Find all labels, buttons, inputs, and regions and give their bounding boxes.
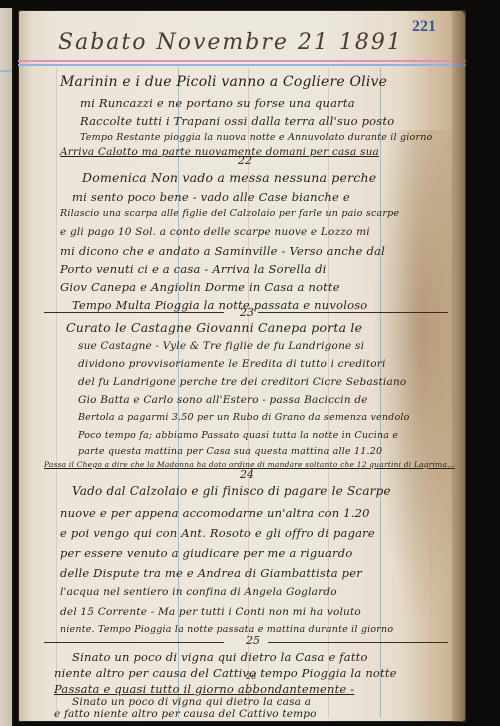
entry-line: nuove e per appena accomodarne un'altra … — [60, 506, 370, 520]
day-number: 26 — [246, 672, 256, 681]
page-number: 221 — [412, 18, 436, 36]
entry-line: Porto venuti ci e a casa - Arriva la Sor… — [60, 262, 327, 276]
day-number: 24 — [240, 468, 254, 481]
header-rule-pink — [18, 60, 466, 62]
entry-line: Rilascio una scarpa alle figlie del Calz… — [60, 208, 399, 219]
entry-line: Marinin e i due Picoli vanno a Cogliere … — [60, 74, 387, 90]
entry-line: Curato le Castagne Giovanni Canepa porta… — [66, 320, 362, 335]
entry-line: niente. Tempo Pioggia la notte passata e… — [60, 624, 393, 635]
entry-line: e fatto niente altro per causa del Catti… — [54, 708, 317, 720]
entry-line: Sinato un poco di vigna qui dietro la ca… — [72, 696, 311, 708]
entry-separator — [258, 312, 448, 313]
entry-line: dividono provvisoriamente le Eredita di … — [78, 358, 386, 370]
entry-line: del 15 Corrente - Ma per tutti i Conti n… — [60, 606, 361, 618]
entry-line: Passata e quasi tutto il giorno abbondan… — [54, 682, 354, 696]
page-header-date: Sabato Novembre 21 1891 — [58, 30, 403, 55]
entry-line: Gio Batta e Carlo sono all'Estero - pass… — [78, 394, 368, 406]
entry-line: Giov Canepa e Angiolin Dorme in Casa a n… — [60, 280, 340, 294]
column-line — [178, 68, 179, 718]
entry-line: Vado dal Calzolaio e gli finisco di paga… — [72, 484, 391, 498]
entry-line: e gli pago 10 Sol. a conto delle scarpe … — [60, 226, 370, 238]
entry-line: mi sento poco bene - vado alle Case bian… — [72, 190, 350, 204]
entry-line: mi dicono che e andato a Saminville - Ve… — [60, 244, 385, 258]
entry-separator — [268, 642, 448, 643]
entry-separator — [44, 312, 224, 313]
entry-line: delle Dispute tra me e Andrea di Giambat… — [60, 566, 362, 580]
entry-line: per essere venuto a giudicare per me a r… — [60, 546, 352, 560]
entry-line: parte questa mattina per Casa sua questa… — [78, 446, 382, 457]
column-line — [328, 68, 329, 718]
entry-line: Arriva Calotto ma parte nuovamente doman… — [60, 146, 379, 158]
entry-line: l'acqua nel sentiero in confina di Angel… — [60, 586, 337, 598]
entry-line: mi Runcazzi e ne portano su forse una qu… — [80, 96, 355, 110]
entry-line: niente altro per causa del Cattivo tempo… — [54, 666, 397, 680]
entry-line: del fu Landrigone perche tre dei credito… — [78, 376, 406, 388]
entry-separator — [44, 642, 224, 643]
entry-line: e poi vengo qui con Ant. Rosoto e gli of… — [60, 526, 375, 540]
day-number: 25 — [246, 634, 260, 647]
entry-line: Raccolte tutti i Trapani ossi dalla terr… — [80, 114, 394, 128]
entry-line: Tempo Restante pioggia la nuova notte e … — [80, 132, 432, 143]
previous-page-rule — [0, 70, 12, 72]
day-number: 23 — [240, 306, 254, 319]
entry-line: Sinato un poco di vigna qui dietro la Ca… — [72, 650, 368, 664]
column-line — [430, 68, 431, 718]
entry-line: Tempo Multa Pioggia la notte passata e n… — [72, 298, 367, 312]
entry-line: Poco tempo fa; abbiamo Passato quasi tut… — [78, 430, 398, 441]
entry-line: sue Castagne - Vyle & Tre figlie de fu L… — [78, 340, 364, 352]
previous-page-edge — [0, 8, 14, 726]
column-line — [380, 68, 381, 718]
entry-line: Domenica Non vado a messa nessuna perche — [82, 170, 376, 185]
day-number: 22 — [238, 154, 252, 167]
diary-page: 221 Sabato Novembre 21 1891 Marinin e i … — [18, 10, 466, 722]
margin-line — [56, 68, 57, 718]
entry-line: Bertola a pagarmi 3.50 per un Rubo di Gr… — [78, 412, 410, 423]
header-rule-blue — [18, 64, 466, 66]
